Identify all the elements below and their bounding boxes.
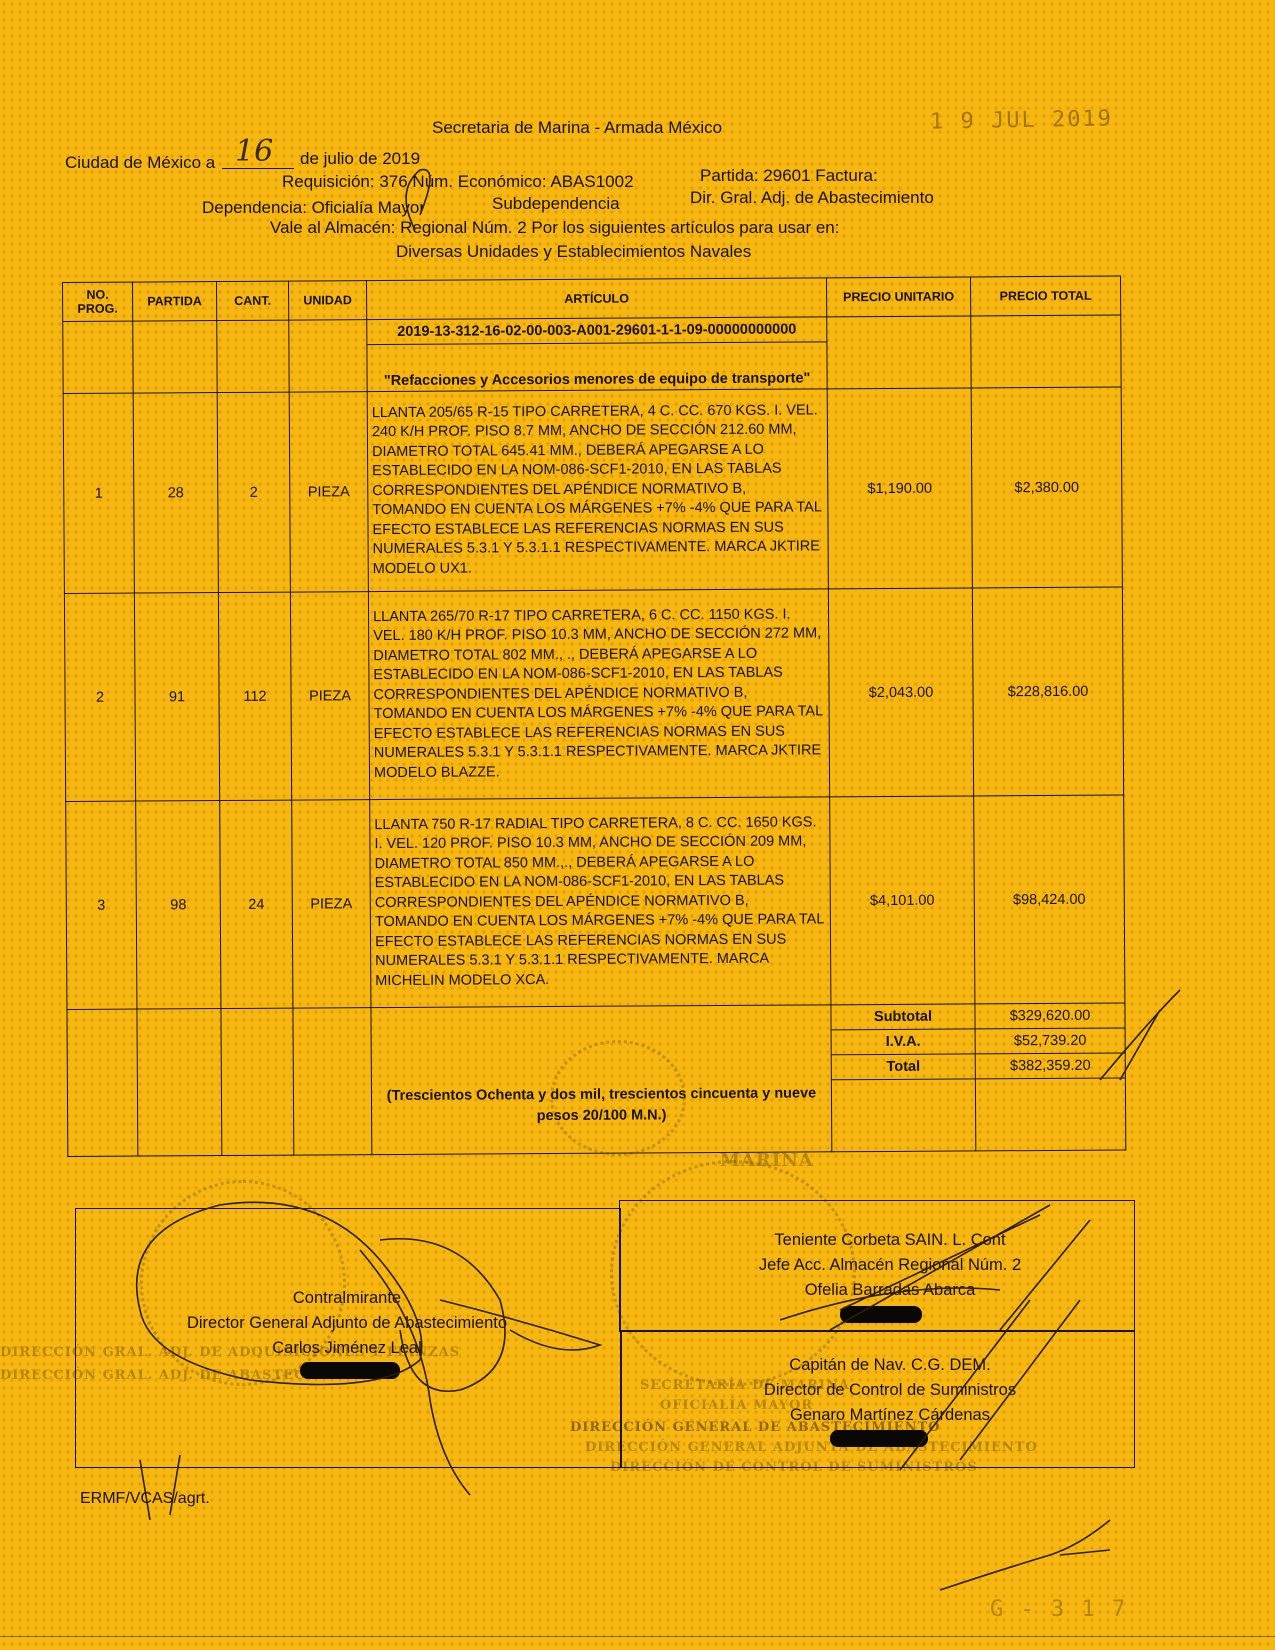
row-unidad: PIEZA — [290, 592, 369, 800]
row-precio-total: $98,424.00 — [974, 795, 1125, 1004]
table-row: 3 98 24 PIEZA LLANTA 750 R-17 RADIAL TIP… — [66, 795, 1125, 1009]
col-header-unidad: UNIDAD — [288, 281, 366, 320]
row-precio-total: $2,380.00 — [971, 387, 1122, 588]
date-prefix: Ciudad de México a — [65, 153, 215, 173]
total-label: Total — [831, 1054, 975, 1080]
signature-left-title: Director General Adjunto de Abastecimien… — [75, 1311, 619, 1336]
subdependencia: Subdependencia — [492, 194, 620, 214]
row-precio-unitario: $2,043.00 — [828, 588, 973, 797]
row-precio-unitario: $1,190.00 — [827, 388, 972, 589]
category-label: "Refacciones y Accesorios menores de equ… — [367, 342, 827, 392]
signature-right-top-title: Jefe Acc. Almacén Regional Núm. 2 — [630, 1253, 1150, 1278]
signature-left-rank: Contralmirante — [75, 1286, 619, 1311]
seal-stamp-center — [550, 1040, 686, 1156]
drafter-initials: ERMF/VCAS/agrt. — [80, 1490, 210, 1508]
row-no: 2 — [64, 593, 135, 801]
document-title: Secretaria de Marina - Armada México — [432, 118, 722, 138]
row-cant: 24 — [220, 800, 293, 1008]
total-value: $382,359.20 — [975, 1053, 1125, 1079]
requisition-line: Requisición: 376 Núm. Económico: ABAS100… — [282, 172, 634, 192]
row-cant: 112 — [218, 592, 291, 800]
signature-right-bottom-name: Genaro Martínez Cárdenas — [630, 1403, 1150, 1428]
subtotal-label: Subtotal — [831, 1004, 975, 1030]
stamp-text: MARINA — [720, 1150, 814, 1171]
signature-right-bottom-title: Director de Control de Suministros — [630, 1378, 1150, 1403]
row-articulo: LLANTA 205/65 R-15 TIPO CARRETERA, 4 C. … — [367, 389, 828, 592]
row-partida: 91 — [134, 593, 219, 802]
signature-right-top-rank: Teniente Corbeta SAIN. L. Cont — [630, 1228, 1150, 1253]
redaction-bar — [840, 1306, 922, 1323]
redaction-bar — [300, 1362, 400, 1379]
date-suffix: de julio de 2019 — [300, 149, 420, 169]
row-precio-total: $228,816.00 — [972, 587, 1123, 796]
vale-almacen: Vale al Almacén: Regional Núm. 2 Por los… — [270, 218, 839, 238]
row-unidad: PIEZA — [289, 392, 368, 592]
bottom-edge-line — [0, 1636, 1275, 1637]
budget-code: 2019-13-312-16-02-00-003-A001-29601-1-1-… — [367, 317, 827, 345]
table-row: 1 28 2 PIEZA LLANTA 205/65 R-15 TIPO CAR… — [63, 387, 1122, 593]
iva-value: $52,739.20 — [975, 1028, 1125, 1054]
row-partida: 28 — [133, 393, 218, 594]
dependencia: Dependencia: Oficialía Mayor — [202, 198, 425, 218]
col-header-articulo: ARTÍCULO — [366, 278, 826, 320]
date-underline — [222, 168, 294, 169]
signature-left-name: Carlos Jiménez Leal — [75, 1336, 619, 1361]
partida-line: Partida: 29601 Factura: — [700, 166, 878, 186]
col-header-precio-total: PRECIO TOTAL — [970, 276, 1120, 316]
subtotal-value: $329,620.00 — [975, 1003, 1125, 1029]
row-cant: 2 — [217, 392, 290, 592]
budget-code-row: 2019-13-312-16-02-00-003-A001-29601-1-1-… — [63, 315, 1121, 346]
destino: Diversas Unidades y Establecimientos Nav… — [396, 242, 751, 262]
col-header-partida: PARTIDA — [133, 282, 217, 322]
col-header-cant: CANT. — [217, 281, 289, 320]
table-header-row: NO. PROG. PARTIDA CANT. UNIDAD ARTÍCULO … — [63, 276, 1121, 321]
col-header-no-prog: NO. PROG. — [63, 282, 133, 321]
row-precio-unitario: $4,101.00 — [830, 796, 975, 1005]
signature-right-bottom-rank: Capitán de Nav. C.G. DEM. — [630, 1353, 1150, 1378]
iva-label: I.V.A. — [831, 1029, 975, 1055]
row-no: 3 — [66, 801, 137, 1009]
redaction-bar — [830, 1430, 928, 1447]
row-articulo: LLANTA 750 R-17 RADIAL TIPO CARRETERA, 8… — [370, 797, 831, 1008]
row-partida: 98 — [136, 801, 221, 1010]
table-row: 2 91 112 PIEZA LLANTA 265/70 R-17 TIPO C… — [64, 587, 1123, 801]
row-unidad: PIEZA — [292, 800, 371, 1008]
folio-stamp: G - 3 1 7 — [990, 1597, 1127, 1622]
col-header-precio-unitario: PRECIO UNITARIO — [826, 277, 970, 317]
signature-right-top-name: Ofelia Barradas Abarca — [630, 1278, 1150, 1303]
direccion: Dir. Gral. Adj. de Abastecimiento — [690, 188, 934, 208]
row-articulo: LLANTA 265/70 R-17 TIPO CARRETERA, 6 C. … — [368, 589, 829, 800]
received-date-stamp: 1 9 JUL 2019 — [930, 106, 1113, 134]
requisition-table: NO. PROG. PARTIDA CANT. UNIDAD ARTÍCULO … — [62, 276, 1126, 1157]
date-day-handwritten: 16 — [235, 134, 273, 169]
row-no: 1 — [63, 393, 134, 593]
